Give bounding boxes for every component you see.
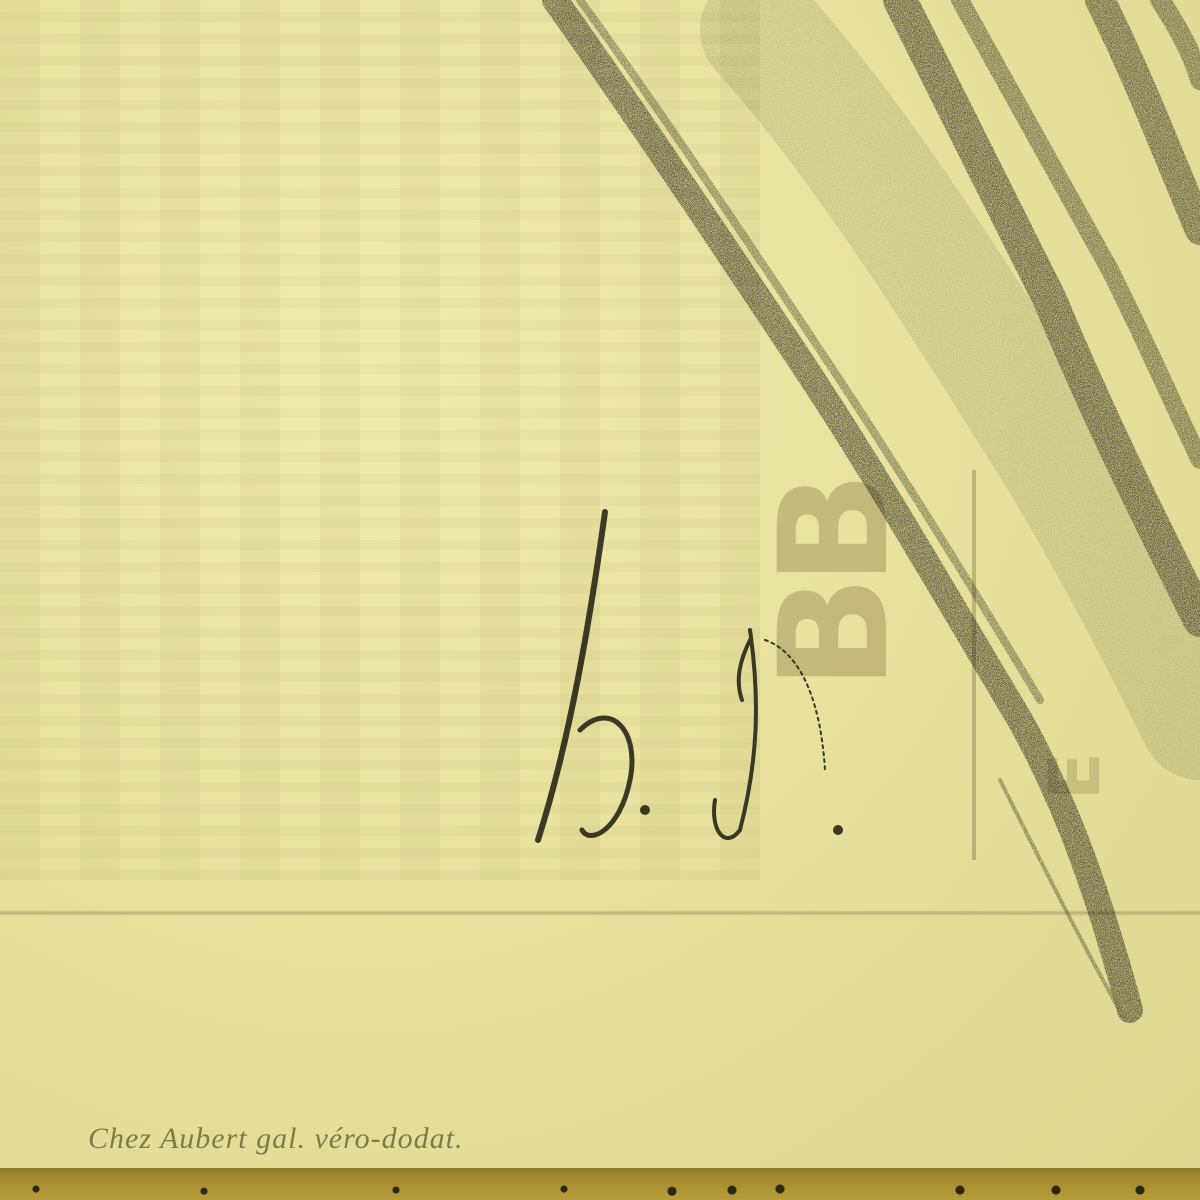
mat-edge-speckles — [0, 1178, 1200, 1200]
artist-monogram-signature — [520, 500, 880, 900]
publisher-imprint: Chez Aubert gal. véro-dodat. — [88, 1122, 463, 1156]
